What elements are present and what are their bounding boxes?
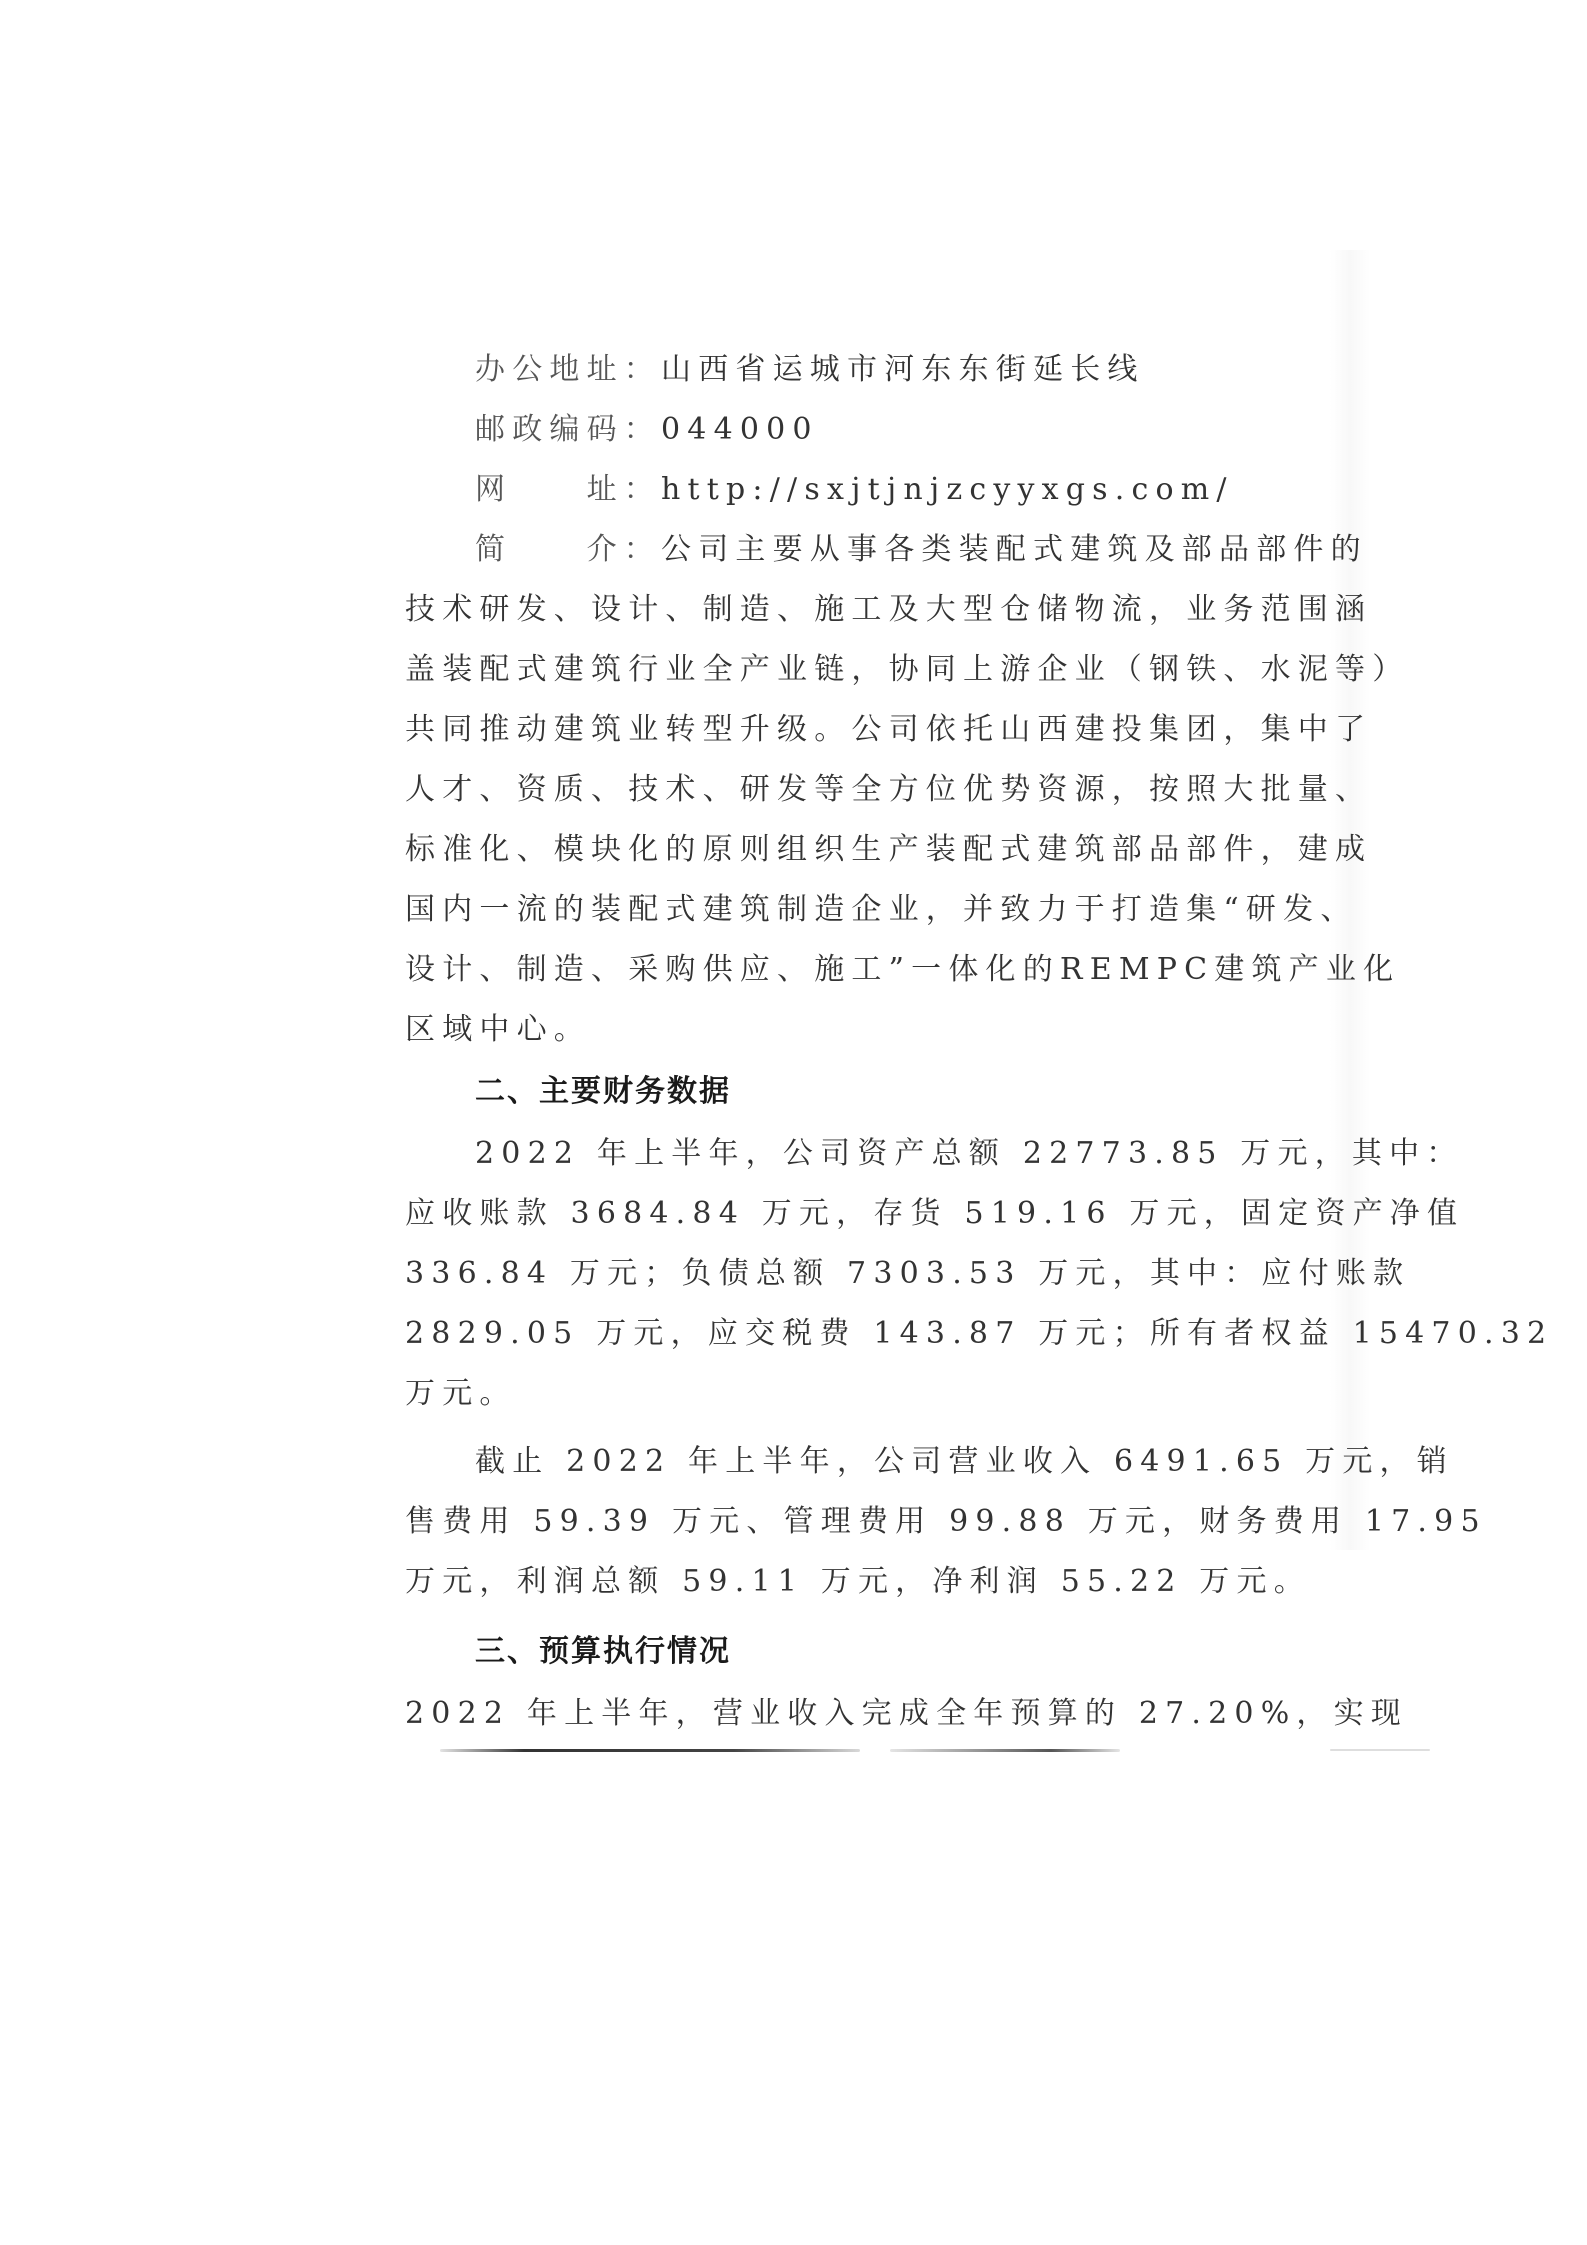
- intro-text: 公司主要从事各类装配式建筑及部品部件的: [661, 532, 1368, 567]
- address-label: 办公地址：: [475, 352, 661, 387]
- paragraph-line: 336.84 万元；负债总额 7303.53 万元，其中：应付账款: [405, 1244, 1190, 1304]
- paragraph-line: 截止 2022 年上半年，公司营业收入 6491.65 万元，销: [405, 1432, 1190, 1492]
- page-bottom-rule: [440, 1749, 860, 1752]
- intro-text: 人才、资质、技术、研发等全方位优势资源，按照大批量、: [405, 760, 1190, 820]
- paragraph-line: 售费用 59.39 万元、管理费用 99.88 万元，财务费用 17.95: [405, 1492, 1190, 1552]
- paragraph-line: 万元，利润总额 59.11 万元，净利润 55.22 万元。: [405, 1552, 1190, 1612]
- postcode-label: 邮政编码：: [475, 412, 661, 447]
- paragraph-line: 2829.05 万元，应交税费 143.87 万元；所有者权益 15470.32: [405, 1304, 1190, 1364]
- intro-text: 共同推动建筑业转型升级。公司依托山西建投集团，集中了: [405, 700, 1190, 760]
- paragraph-line: 2022 年上半年，营业收入完成全年预算的 27.20%，实现: [405, 1684, 1190, 1744]
- intro-text: 国内一流的装配式建筑制造企业，并致力于打造集“研发、: [405, 880, 1190, 940]
- intro-text: 标准化、模块化的原则组织生产装配式建筑部品部件，建成: [405, 820, 1190, 880]
- paragraph-gap: [405, 1424, 1190, 1432]
- page-bottom-rule: [890, 1749, 1120, 1752]
- website-label: 网 址：: [475, 472, 661, 507]
- postcode-line: 邮政编码：044000: [405, 400, 1190, 460]
- page-bottom-rule: [1330, 1749, 1430, 1751]
- intro-text: 盖装配式建筑行业全产业链，协同上游企业（钢铁、水泥等）: [405, 640, 1190, 700]
- section-heading-budget-execution: 三、预算执行情况: [405, 1620, 1190, 1684]
- paragraph-line: 2022 年上半年，公司资产总额 22773.85 万元，其中：: [405, 1124, 1190, 1184]
- paragraph-line: 万元。: [405, 1364, 1190, 1424]
- intro-line: 简 介：公司主要从事各类装配式建筑及部品部件的: [405, 520, 1190, 580]
- address-line: 办公地址：山西省运城市河东东街延长线: [405, 340, 1190, 400]
- intro-text: 区域中心。: [405, 1000, 1190, 1060]
- intro-text: 技术研发、设计、制造、施工及大型仓储物流，业务范围涵: [405, 580, 1190, 640]
- website-line: 网 址：http://sxjtjnjzcyyxgs.com/: [405, 460, 1190, 520]
- document-page: 办公地址：山西省运城市河东东街延长线 邮政编码：044000 网 址：http:…: [405, 340, 1190, 1744]
- intro-text: 设计、制造、采购供应、施工”一体化的REMPC建筑产业化: [405, 940, 1190, 1000]
- address-value: 山西省运城市河东东街延长线: [661, 352, 1145, 387]
- website-link[interactable]: http://sxjtjnjzcyyxgs.com/: [661, 472, 1234, 507]
- intro-label: 简 介：: [475, 532, 661, 567]
- paragraph-gap: [405, 1612, 1190, 1620]
- paragraph-line: 应收账款 3684.84 万元，存货 519.16 万元，固定资产净值: [405, 1184, 1190, 1244]
- section-heading-financial-data: 二、主要财务数据: [405, 1060, 1190, 1124]
- postcode-value: 044000: [661, 412, 819, 447]
